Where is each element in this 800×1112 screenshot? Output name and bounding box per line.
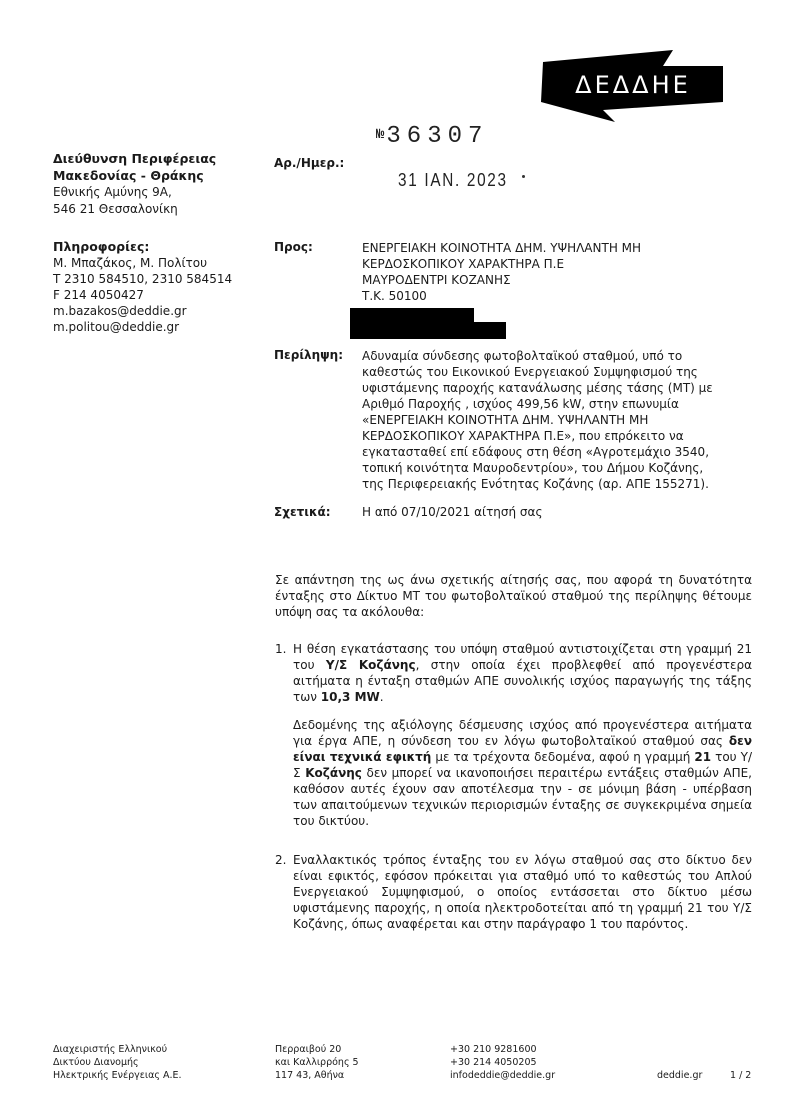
recipient-label: Προς: [274,240,313,254]
text-bold: Κοζάνης [305,766,362,780]
list-number: 1. [275,641,286,657]
protocol-number-value: 36307 [386,123,488,150]
deddie-logo: ΔΕΔΔΗΕ [533,40,733,126]
summary-line: Αριθμό Παροχής , ισχύος 499,56 kW, στην … [362,396,732,412]
footer-line: 117 43, Αθήνα [275,1069,359,1082]
footer-phone: +30 210 9281600 [450,1043,555,1056]
footer-phone: +30 214 4050205 [450,1056,555,1069]
number-symbol: № [376,127,384,143]
info-block: Πληροφορίες: Μ. Μπαζάκος, Μ. Πολίτου T 2… [53,239,232,335]
info-phone: T 2310 584510, 2310 584514 [53,271,232,287]
text-bold: 21 [694,750,711,764]
text-run: με τα τρέχοντα δεδομένα, αφού η γραμμή [431,750,694,764]
protocol-date: 31 ΙΑΝ. 2023 [398,170,508,191]
summary-line: «ΕΝΕΡΓΕΙΑΚΗ ΚΟΙΝΟΤΗΤΑ ΔΗΜ. ΥΨΗΛΑΝΤΗ ΜΗ [362,412,732,428]
protocol-number: №36307 [376,123,488,150]
recipient-block: ΕΝΕΡΓΕΙΑΚΗ ΚΟΙΝΟΤΗΤΑ ΔΗΜ. ΥΨΗΛΑΝΤΗ ΜΗ ΚΕ… [362,240,641,304]
footer-website: deddie.gr [657,1069,702,1082]
recipient-line: Τ.Κ. 50100 [362,288,641,304]
list-item-2: 2. Εναλλακτικός τρόπος ένταξης του εν λό… [275,852,752,932]
footer-email: infodeddie@deddie.gr [450,1069,555,1082]
footer-line: Περραιβού 20 [275,1043,359,1056]
summary-label: Περίληψη: [274,348,343,362]
sender-title-line1: Διεύθυνση Περιφέρειας [53,150,216,167]
summary-line: τοπική κοινότητα Μαυροδεντρίου», του Δήμ… [362,460,732,476]
redaction-bar [350,322,506,339]
stamp-dot [522,175,525,178]
svg-text:ΔΕΔΔΗΕ: ΔΕΔΔΗΕ [575,71,691,99]
info-email-1: m.bazakos@deddie.gr [53,303,232,319]
summary-line: Αδυναμία σύνδεσης φωτοβολταϊκού σταθμού,… [362,348,732,364]
summary-text: Αδυναμία σύνδεσης φωτοβολταϊκού σταθμού,… [362,348,732,492]
text-run: . [380,690,384,704]
footer-line: Δικτύου Διανομής [53,1056,182,1069]
footer-contact: +30 210 9281600 +30 214 4050205 infodedd… [450,1043,555,1082]
related-label: Σχετικά: [274,505,331,519]
summary-line: της Περιφερειακής Ενότητας Κοζάνης (αρ. … [362,476,732,492]
footer-company: Διαχειριστής Ελληνικού Δικτύου Διανομής … [53,1043,182,1082]
redaction-bar [350,308,474,322]
text-run: Δεδομένης της αξιόλογης δέσμευσης ισχύος… [293,718,752,748]
summary-line: καθεστώς του Εικονικού Ενεργειακού Συμψη… [362,364,732,380]
related-text: Η από 07/10/2021 αίτησή σας [362,505,543,519]
recipient-line: ΕΝΕΡΓΕΙΑΚΗ ΚΟΙΝΟΤΗΤΑ ΔΗΜ. ΥΨΗΛΑΝΤΗ ΜΗ [362,240,641,256]
footer-address: Περραιβού 20 και Καλλιρρόης 5 117 43, Αθ… [275,1043,359,1082]
sender-address-line1: Εθνικής Αμύνης 9Α, [53,184,216,201]
recipient-line: ΜΑΥΡΟΔΕΝΤΡΙ ΚΟΖΑΝΗΣ [362,272,641,288]
list-item-1-text-2: Δεδομένης της αξιόλογης δέσμευσης ισχύος… [293,717,752,829]
summary-line: εγκατασταθεί επί εδάφους στη θέση «Αγροτ… [362,444,732,460]
footer-line: Διαχειριστής Ελληνικού [53,1043,182,1056]
info-names: Μ. Μπαζάκος, Μ. Πολίτου [53,255,232,271]
info-email-2: m.politou@deddie.gr [53,319,232,335]
sender-block: Διεύθυνση Περιφέρειας Μακεδονίας - Θράκη… [53,150,216,218]
sender-title-line2: Μακεδονίας - Θράκης [53,167,216,184]
intro-paragraph: Σε απάντηση της ως άνω σχετικής αίτησής … [275,572,752,620]
text-run: δεν μπορεί να ικανοποιήσει περαιτέρω εντ… [293,766,752,828]
sender-address-line2: 546 21 Θεσσαλονίκη [53,201,216,218]
footer-line: και Καλλιρρόης 5 [275,1056,359,1069]
summary-line: υφιστάμενης παροχής κατανάλωσης μέσης τά… [362,380,732,396]
info-label: Πληροφορίες: [53,239,232,255]
recipient-line: ΚΕΡΔΟΣΚΟΠΙΚΟΥ ΧΑΡΑΚΤΗΡΑ Π.Ε [362,256,641,272]
protocol-label: Αρ./Ημερ.: [274,156,344,170]
summary-line: ΚΕΡΔΟΣΚΟΠΙΚΟΥ ΧΑΡΑΚΤΗΡΑ Π.Ε», που επρόκε… [362,428,732,444]
list-item-2-text: Εναλλακτικός τρόπος ένταξης του εν λόγω … [293,852,752,932]
info-fax: F 214 4050427 [53,287,232,303]
list-item-1: 1. Η θέση εγκατάστασης του υπόψη σταθμού… [275,641,752,705]
list-item-1-text: Η θέση εγκατάστασης του υπόψη σταθμού αν… [293,641,752,705]
text-bold: 10,3 MW [321,690,380,704]
text-bold: Υ/Σ Κοζάνης [326,658,416,672]
footer-line: Ηλεκτρικής Ενέργειας Α.Ε. [53,1069,182,1082]
list-item-1-paragraph-2: Δεδομένης της αξιόλογης δέσμευσης ισχύος… [275,717,752,829]
list-number: 2. [275,852,286,868]
page-number: 1 / 2 [730,1069,751,1082]
